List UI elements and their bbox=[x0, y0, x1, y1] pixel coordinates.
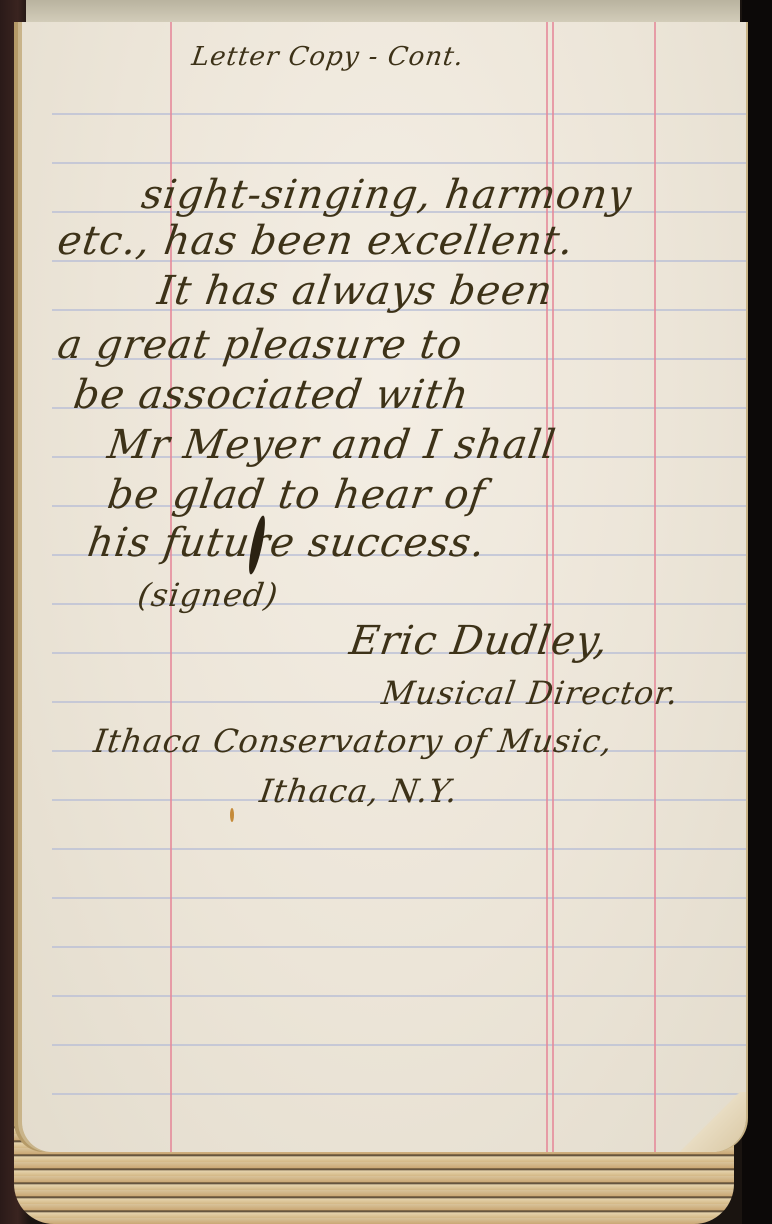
column-line bbox=[654, 22, 656, 1152]
body-line: etc., has been excellent. bbox=[55, 218, 577, 264]
folded-corner bbox=[676, 1092, 746, 1152]
ruled-line bbox=[52, 995, 746, 997]
signature-title: Musical Director. bbox=[379, 674, 681, 712]
previous-page-edge bbox=[26, 0, 740, 23]
paper-stain bbox=[230, 808, 234, 822]
ruled-line bbox=[52, 897, 746, 899]
ruled-line bbox=[52, 113, 746, 115]
signature-institution: Ithaca Conservatory of Music, bbox=[91, 722, 615, 760]
body-line: It has always been bbox=[155, 268, 556, 314]
body-line: sight-singing, harmony bbox=[139, 172, 635, 218]
body-line: Mr Meyer and I shall bbox=[105, 422, 559, 468]
page-header: Letter Copy - Cont. bbox=[190, 42, 466, 72]
ruled-line bbox=[52, 1093, 746, 1095]
body-line: a great pleasure to bbox=[55, 322, 466, 368]
signed-label: (signed) bbox=[135, 576, 280, 614]
body-line: his future success. bbox=[85, 520, 489, 566]
ruled-line bbox=[52, 946, 746, 948]
signature-name: Eric Dudley, bbox=[347, 618, 612, 664]
notebook-page: Letter Copy - Cont. sight-singing, harmo… bbox=[22, 22, 746, 1152]
ruled-line bbox=[52, 848, 746, 850]
signature-location: Ithaca, N.Y. bbox=[257, 772, 460, 810]
ruled-line bbox=[52, 162, 746, 164]
body-line: be associated with bbox=[71, 372, 472, 418]
ruled-line bbox=[52, 1044, 746, 1046]
dark-background bbox=[742, 0, 772, 1224]
body-line: be glad to hear of bbox=[105, 472, 489, 518]
